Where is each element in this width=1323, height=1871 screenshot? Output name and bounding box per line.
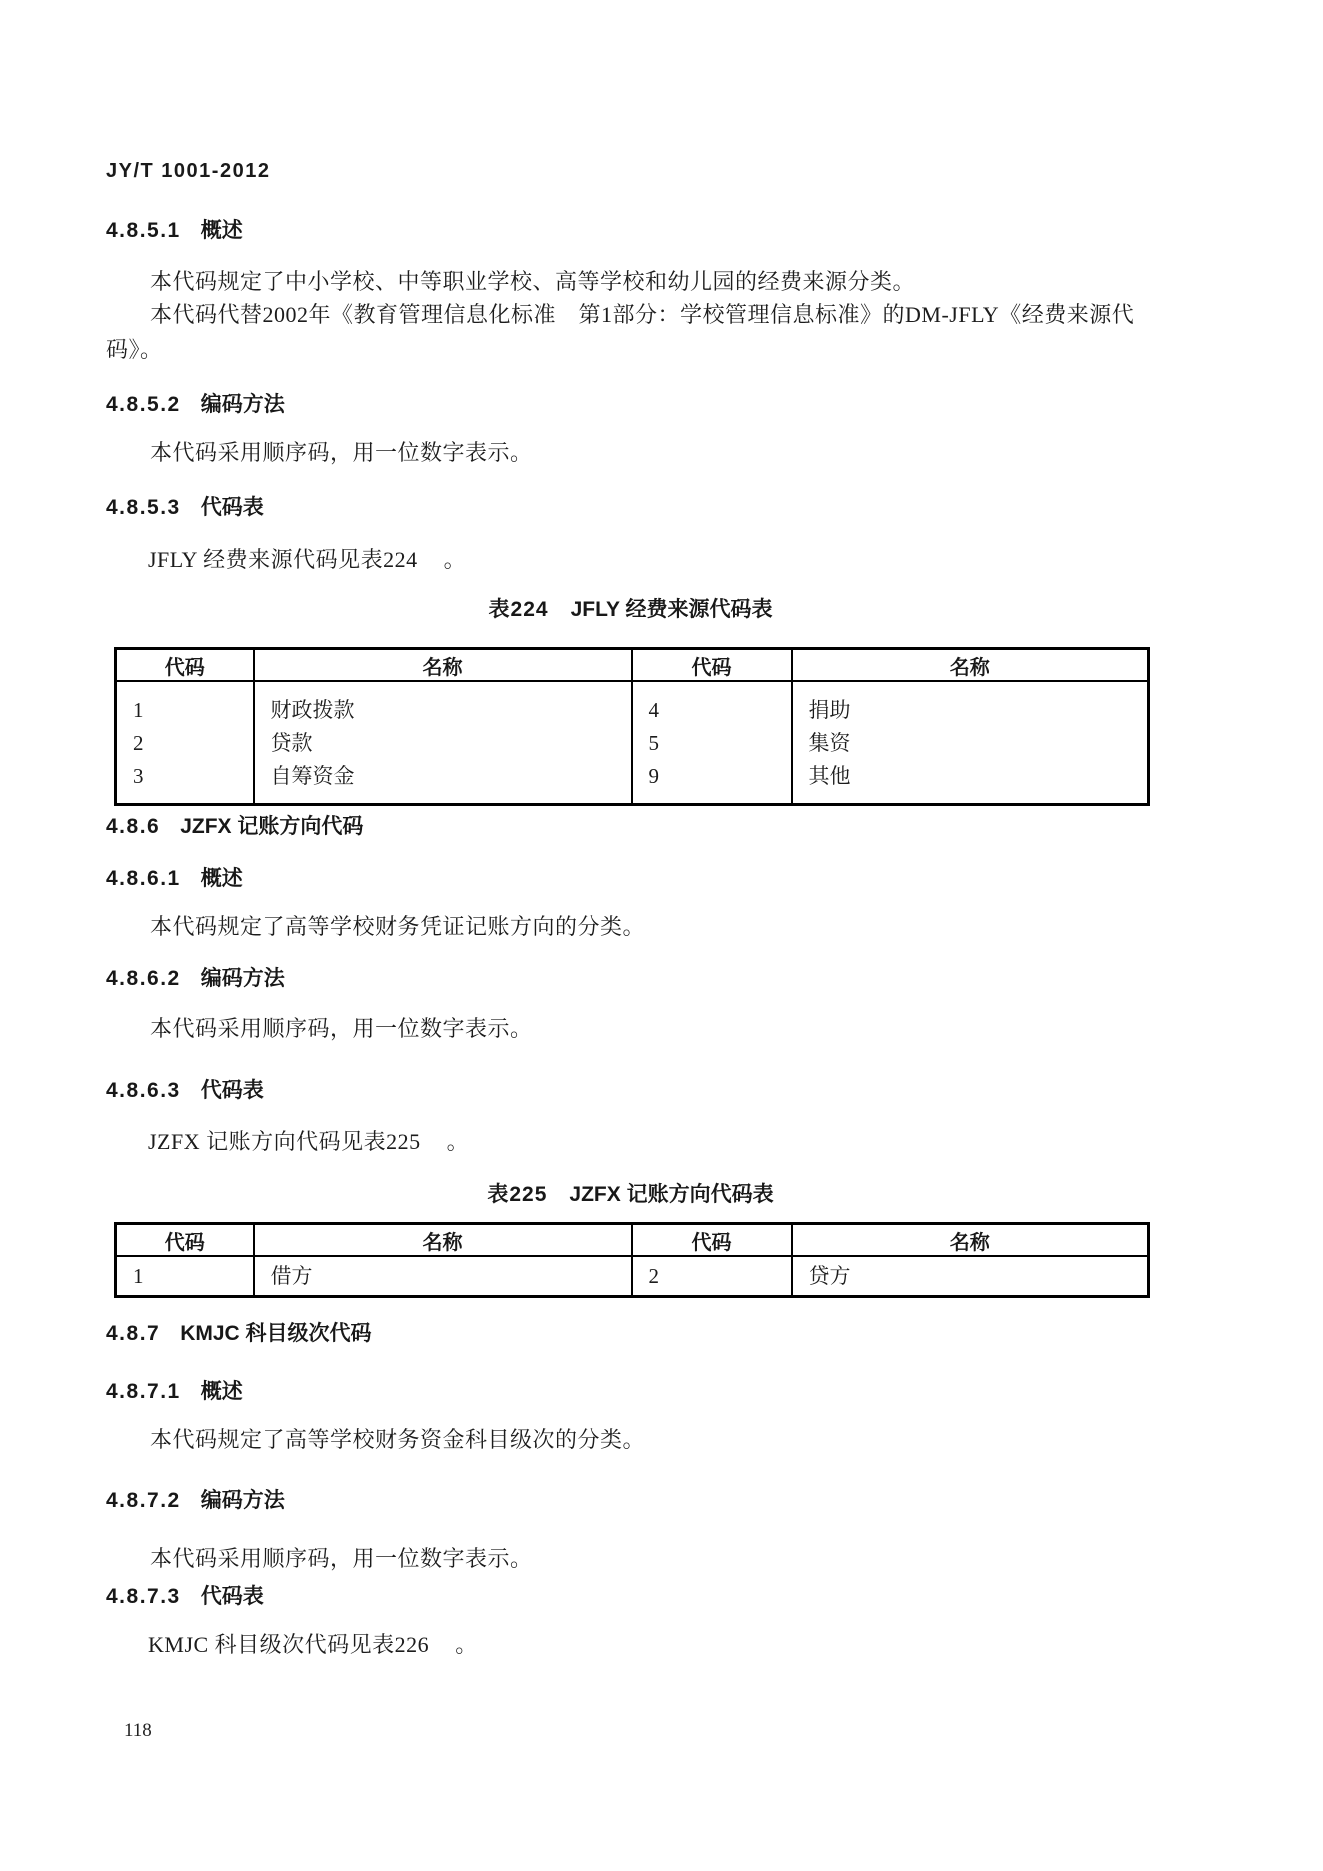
name-cell: 其他 [792, 760, 1149, 805]
paragraph-486-p1: 本代码规定了高等学校财务凭证记账方向的分类。 [150, 916, 645, 938]
column-header-name-1: 名称 [254, 649, 632, 682]
table-row: 3 自筹资金 9 其他 [116, 760, 1149, 805]
heading-4-8-5-1: 4.8.5.1概述 [106, 220, 243, 241]
heading-4-8-7-1: 4.8.7.1概述 [106, 1381, 243, 1402]
reference-period: 。 [444, 547, 467, 572]
code-cell: 3 [116, 760, 254, 805]
code-cell: 5 [632, 727, 792, 760]
reference-text: JZFX 记账方向代码见表225 [148, 1129, 421, 1154]
code-cell: 2 [116, 727, 254, 760]
heading-number: 4.8.7.2 [106, 1489, 181, 1512]
reference-text: KMJC 科目级次代码见表226 [148, 1632, 429, 1657]
table-caption-number: 表224 [489, 598, 549, 621]
column-header-name-2: 名称 [792, 1224, 1149, 1257]
table-header-row: 代码 名称 代码 名称 [116, 1224, 1149, 1257]
name-cell: 财政拨款 [254, 681, 632, 727]
column-header-code-2: 代码 [632, 1224, 792, 1257]
heading-4-8-7-3: 4.8.7.3代码表 [106, 1586, 264, 1607]
paragraph-485-p1: 本代码规定了中小学校、中等职业学校、高等学校和幼儿园的经费来源分类。 [150, 271, 915, 293]
table-224-reference: JFLY 经费来源代码见表224。 [148, 549, 466, 571]
code-cell: 1 [116, 1256, 254, 1297]
name-cell: 贷方 [792, 1256, 1149, 1297]
table-225: 代码 名称 代码 名称 1 借方 2 贷方 [114, 1222, 1150, 1298]
paragraph-485-p2-line1: 本代码代替2002年《教育管理信息化标准 第1部分：学校管理信息标准》的DM-J… [150, 304, 1134, 326]
doc-code-header: JY/T 1001-2012 [106, 161, 270, 181]
heading-4-8-7-2: 4.8.7.2编码方法 [106, 1490, 285, 1511]
heading-4-8-7: 4.8.7KMJC 科目级次代码 [106, 1323, 372, 1344]
heading-4-8-6: 4.8.6JZFX 记账方向代码 [106, 816, 363, 837]
column-header-name-1: 名称 [254, 1224, 632, 1257]
column-header-code-1: 代码 [116, 1224, 254, 1257]
heading-4-8-5-2: 4.8.5.2编码方法 [106, 394, 285, 415]
table-225-caption: 表225JZFX 记账方向代码表 [114, 1184, 1147, 1205]
table-caption-number: 表225 [487, 1183, 547, 1206]
heading-title: 编码方法 [201, 967, 285, 990]
column-header-code-2: 代码 [632, 649, 792, 682]
heading-title: 代码表 [201, 1585, 264, 1608]
heading-title: 编码方法 [201, 1489, 285, 1512]
code-cell: 9 [632, 760, 792, 805]
code-cell: 1 [116, 681, 254, 727]
table-226-reference: KMJC 科目级次代码见表226。 [148, 1634, 478, 1656]
table-row: 2 贷款 5 集资 [116, 727, 1149, 760]
document-page: JY/T 1001-2012 4.8.5.1概述 本代码规定了中小学校、中等职业… [0, 0, 1323, 1871]
table-row: 1 财政拨款 4 捐助 [116, 681, 1149, 727]
heading-number: 4.8.5.3 [106, 496, 181, 519]
heading-number: 4.8.5.2 [106, 393, 181, 416]
reference-text: JFLY 经费来源代码见表224 [148, 547, 418, 572]
table-row: 1 借方 2 贷方 [116, 1256, 1149, 1297]
heading-4-8-5-3: 4.8.5.3代码表 [106, 497, 264, 518]
code-cell: 4 [632, 681, 792, 727]
heading-number: 4.8.5.1 [106, 219, 181, 242]
table-224: 代码 名称 代码 名称 1 财政拨款 4 捐助 2 贷款 5 集资 3 自筹资金 [114, 647, 1150, 806]
paragraph-486-p2: 本代码采用顺序码，用一位数字表示。 [150, 1018, 533, 1040]
paragraph-485-p2-line2: 码》。 [106, 339, 163, 361]
heading-title: 代码表 [201, 1079, 264, 1102]
table-caption-title: JFLY 经费来源代码表 [571, 598, 773, 621]
heading-number: 4.8.7 [106, 1322, 160, 1345]
page-number: 118 [124, 1721, 152, 1740]
heading-title: 概述 [201, 1380, 243, 1403]
heading-title: 概述 [201, 867, 243, 890]
heading-number: 4.8.6.1 [106, 867, 181, 890]
name-cell: 自筹资金 [254, 760, 632, 805]
column-header-code-1: 代码 [116, 649, 254, 682]
name-cell: 借方 [254, 1256, 632, 1297]
heading-title: 概述 [201, 219, 243, 242]
heading-number: 4.8.6.2 [106, 967, 181, 990]
heading-4-8-6-1: 4.8.6.1概述 [106, 868, 243, 889]
table-caption-title: JZFX 记账方向代码表 [569, 1183, 773, 1206]
name-cell: 捐助 [792, 681, 1149, 727]
heading-number: 4.8.7.3 [106, 1585, 181, 1608]
table-header-row: 代码 名称 代码 名称 [116, 649, 1149, 682]
name-cell: 集资 [792, 727, 1149, 760]
paragraph-487-p2: 本代码采用顺序码，用一位数字表示。 [150, 1548, 533, 1570]
paragraph-487-p1: 本代码规定了高等学校财务资金科目级次的分类。 [150, 1429, 645, 1451]
heading-number: 4.8.6.3 [106, 1079, 181, 1102]
heading-number: 4.8.7.1 [106, 1380, 181, 1403]
heading-title: 编码方法 [201, 393, 285, 416]
table-224-caption: 表224JFLY 经费来源代码表 [114, 599, 1147, 620]
code-cell: 2 [632, 1256, 792, 1297]
heading-number: 4.8.6 [106, 815, 160, 838]
reference-period: 。 [447, 1129, 470, 1154]
heading-4-8-6-3: 4.8.6.3代码表 [106, 1080, 264, 1101]
heading-4-8-6-2: 4.8.6.2编码方法 [106, 968, 285, 989]
heading-title: KMJC 科目级次代码 [180, 1322, 371, 1345]
name-cell: 贷款 [254, 727, 632, 760]
heading-title: JZFX 记账方向代码 [180, 815, 363, 838]
paragraph-485-p3: 本代码采用顺序码，用一位数字表示。 [150, 442, 533, 464]
table-225-reference: JZFX 记账方向代码见表225。 [148, 1131, 469, 1153]
column-header-name-2: 名称 [792, 649, 1149, 682]
heading-title: 代码表 [201, 496, 264, 519]
reference-period: 。 [455, 1632, 478, 1657]
